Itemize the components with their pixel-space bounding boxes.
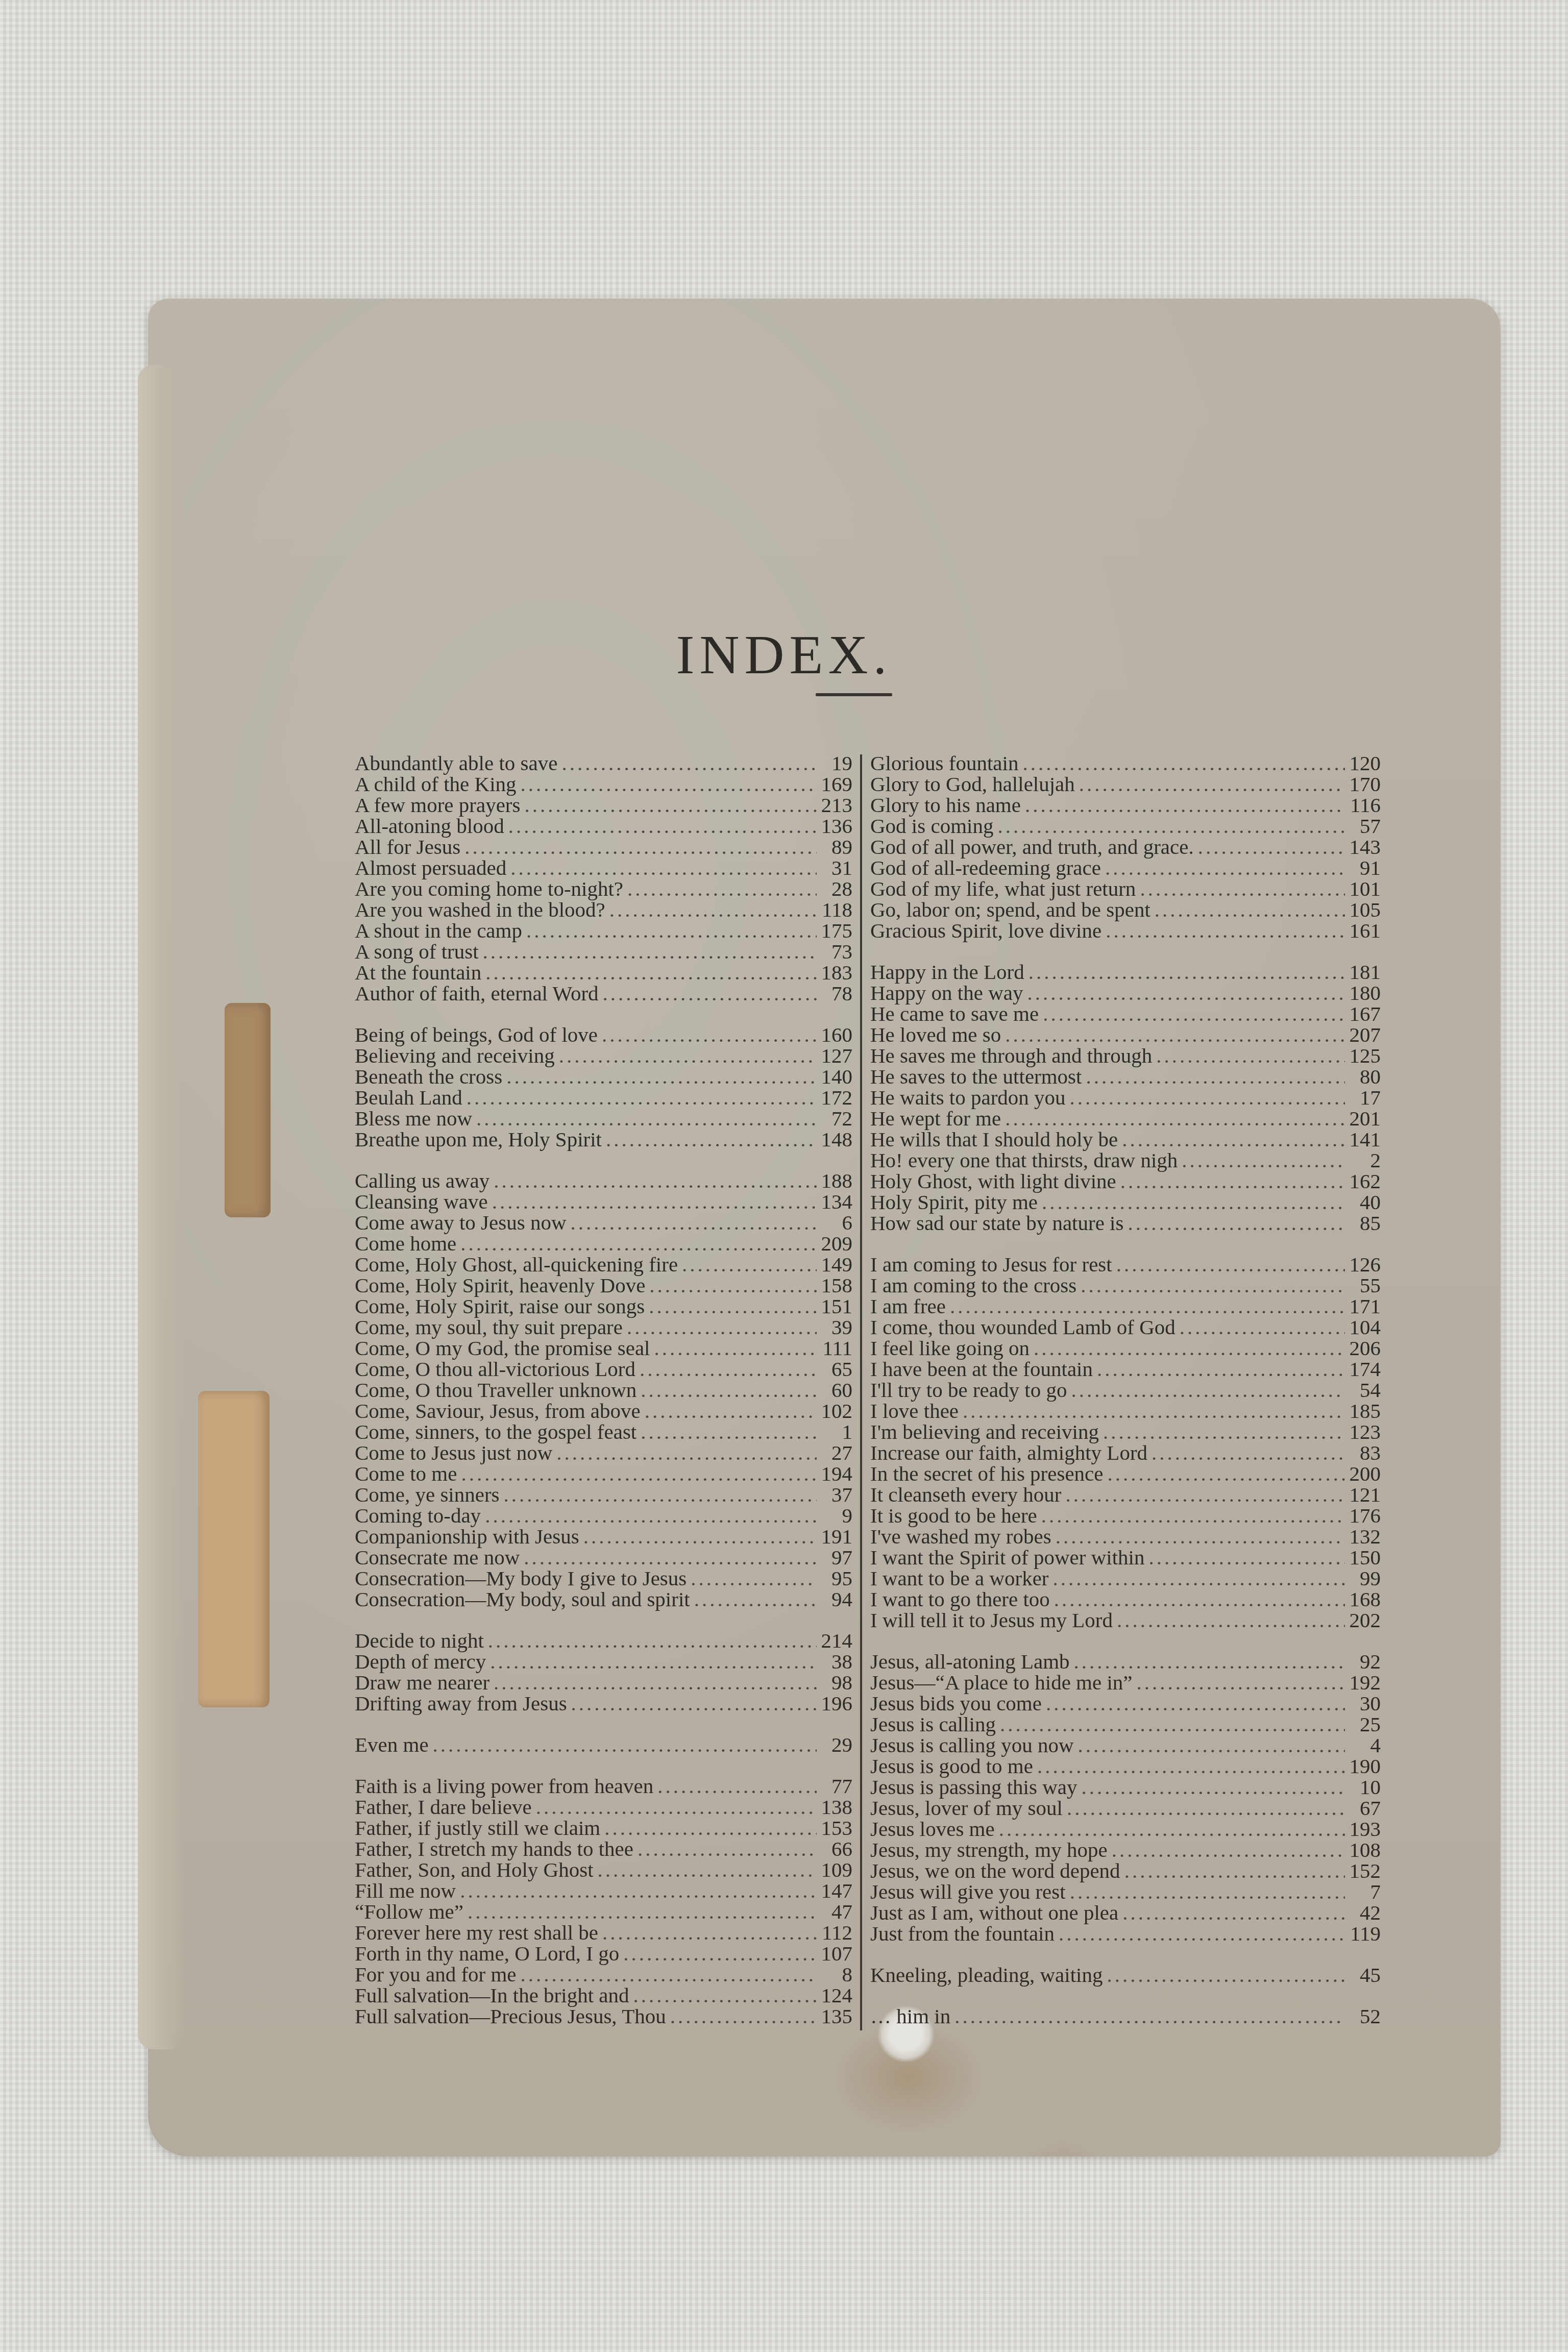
leader-dots: [461, 1463, 817, 1484]
index-entry[interactable]: Come to Jesus just now 27: [355, 1442, 852, 1463]
index-entry[interactable]: All for Jesus 89: [355, 837, 852, 857]
hymn-title: Come away to Jesus now: [355, 1212, 567, 1233]
hymn-title: Just from the fountain: [870, 1923, 1055, 1944]
page-number: 45: [1349, 1965, 1381, 1986]
page-number: 83: [1349, 1442, 1381, 1463]
page-number: 31: [821, 857, 852, 878]
page-number: 77: [821, 1776, 852, 1797]
page-number: 73: [821, 941, 852, 962]
hymn-title: All for Jesus: [355, 837, 460, 857]
leader-dots: [476, 1108, 817, 1129]
page-number: 91: [1349, 857, 1381, 878]
hymn-title: In the secret of his presence: [870, 1463, 1104, 1484]
page-number: 132: [1349, 1526, 1381, 1547]
index-entry[interactable]: Just as I am, without one plea 42: [870, 1902, 1381, 1923]
index-entry[interactable]: I am coming to Jesus for rest 126: [870, 1254, 1381, 1275]
index-entry[interactable]: Breathe upon me, Holy Spirit 148: [355, 1129, 852, 1150]
index-entry[interactable]: Glory to his name 116: [870, 795, 1381, 816]
index-entry[interactable]: Jesus will give you rest 7: [870, 1881, 1381, 1902]
index-entry[interactable]: Even me 29: [355, 1734, 852, 1755]
hymn-title: I want to go there too: [870, 1589, 1050, 1610]
page-number: 201: [1349, 1108, 1381, 1129]
page-number: 185: [1349, 1401, 1381, 1422]
index-group-d: Decide to night 214 Depth of mercy 38 Dr…: [355, 1630, 852, 1714]
hymn-title: Depth of mercy: [355, 1651, 486, 1672]
hymn-title: Ho! every one that thirsts, draw nigh: [870, 1150, 1178, 1171]
leader-dots: [638, 1839, 817, 1859]
hymn-title: A shout in the camp: [355, 920, 522, 941]
index-entry[interactable]: Come away to Jesus now 6: [355, 1212, 852, 1233]
hymn-title: Faith is a living power from heaven: [355, 1776, 653, 1797]
leader-dots: [1124, 1860, 1345, 1881]
hymn-title: Jesus loves me: [870, 1819, 995, 1840]
index-entry[interactable]: Jesus, all-atoning Lamb 92: [870, 1651, 1381, 1672]
hymn-title: Decide to night: [355, 1630, 484, 1651]
leader-dots: [1059, 1923, 1345, 1944]
torn-binding-fragment: [198, 1391, 269, 1707]
index-entry[interactable]: A child of the King 169: [355, 774, 852, 795]
page-number: 80: [1349, 1066, 1381, 1087]
leader-dots: [1182, 1150, 1345, 1171]
hymn-title: I want the Spirit of power within: [870, 1547, 1144, 1568]
leader-dots: [561, 753, 817, 774]
index-entry[interactable]: Come, my soul, thy suit prepare 39: [355, 1317, 852, 1338]
index-entry[interactable]: Drifting away from Jesus 196: [355, 1693, 852, 1714]
index-entry[interactable]: A song of trust 73: [355, 941, 852, 962]
index-entry[interactable]: Father, I dare believe 138: [355, 1797, 852, 1818]
index-entry[interactable]: Bless me now 72: [355, 1108, 852, 1129]
hymn-title: Are you coming home to-night?: [355, 878, 623, 899]
index-group-h: Happy in the Lord 181 Happy on the way 1…: [870, 962, 1381, 1234]
index-entry[interactable]: Beulah Land 172: [355, 1087, 852, 1108]
index-entry[interactable]: He loved me so 207: [870, 1024, 1381, 1045]
index-group-e: Even me 29: [355, 1734, 852, 1755]
hymn-title: All-atoning blood: [355, 816, 504, 837]
leader-dots: [1025, 795, 1345, 816]
hymn-title: It is good to be here: [870, 1505, 1037, 1526]
hymn-title: I am coming to the cross: [870, 1275, 1076, 1296]
leader-dots: [488, 1630, 817, 1651]
hymn-title: Drifting away from Jesus: [355, 1693, 567, 1714]
index-entry[interactable]: Jesus is calling 25: [870, 1714, 1381, 1735]
index-entry[interactable]: Come to me 194: [355, 1463, 852, 1484]
index-entry[interactable]: God of all-redeeming grace 91: [870, 857, 1381, 878]
leader-dots: [1107, 1965, 1345, 1986]
hymn-title: Bless me now: [355, 1108, 472, 1129]
index-entry[interactable]: Happy in the Lord 181: [870, 962, 1381, 983]
page-number: 214: [821, 1630, 852, 1651]
index-entry[interactable]: I am free 171: [870, 1296, 1381, 1317]
leader-dots: [645, 1401, 817, 1422]
index-entry[interactable]: Full salvation—Precious Jesus, Thou 135: [355, 2006, 852, 2027]
index-entry[interactable]: Come, Holy Spirit, heavenly Dove 158: [355, 1275, 852, 1296]
index-entry[interactable]: Jesus is good to me 190: [870, 1756, 1381, 1777]
hymn-title: Gracious Spirit, love divine: [870, 920, 1101, 941]
page-number: 207: [1349, 1024, 1381, 1045]
page-number: 7: [1349, 1881, 1381, 1902]
index-entry[interactable]: He wills that I should holy be 141: [870, 1129, 1381, 1150]
leader-dots: [1005, 1024, 1345, 1045]
page-number: 196: [821, 1693, 852, 1714]
hymn-title: Jesus—“A place to hide me in”: [870, 1672, 1133, 1693]
leader-dots: [954, 2006, 1345, 2027]
leader-dots: [1198, 837, 1345, 857]
page-number: 140: [821, 1066, 852, 1087]
index-entry[interactable]: I am coming to the cross 55: [870, 1275, 1381, 1296]
page-number: 105: [1349, 899, 1381, 920]
leader-dots: [603, 983, 817, 1004]
index-entry[interactable]: Jesus loves me 193: [870, 1819, 1381, 1840]
hymn-title: I come, thou wounded Lamb of God: [870, 1317, 1175, 1338]
page-number: 92: [1349, 1651, 1381, 1672]
index-entry[interactable]: “Follow me” 47: [355, 1901, 852, 1922]
index-entry[interactable]: Decide to night 214: [355, 1630, 852, 1651]
index-entry[interactable]: I'm believing and receiving 123: [870, 1422, 1381, 1442]
hymn-title: Full salvation—In the bright and: [355, 1985, 629, 2006]
leader-dots: [1122, 1129, 1345, 1150]
leader-dots: [1046, 1693, 1345, 1714]
leader-dots: [1140, 878, 1345, 899]
index-entry[interactable]: I want to go there too 168: [870, 1589, 1381, 1610]
page-number: 193: [1349, 1819, 1381, 1840]
leader-dots: [1042, 1192, 1345, 1213]
page-number: 109: [821, 1859, 852, 1880]
leader-dots: [649, 1296, 817, 1317]
title-rule: [816, 693, 892, 696]
index-entry[interactable]: Come, O thou all-victorious Lord 65: [355, 1359, 852, 1380]
page-number: 1: [821, 1422, 852, 1442]
hymn-title: Abundantly able to save: [355, 753, 557, 774]
hymn-title: Are you washed in the blood?: [355, 899, 605, 920]
index-column-right: Glorious fountain 120 Glory to God, hall…: [870, 753, 1381, 2047]
page-number: 127: [821, 1045, 852, 1066]
index-entry[interactable]: Author of faith, eternal Word 78: [355, 983, 852, 1004]
index-entry[interactable]: Believing and receiving 127: [355, 1045, 852, 1066]
page-number: 72: [821, 1108, 852, 1129]
leader-dots: [556, 1442, 817, 1463]
index-entry[interactable]: Just from the fountain 119: [870, 1923, 1381, 1944]
hymn-title: Consecration—My body I give to Jesus: [355, 1568, 687, 1589]
index-entry[interactable]: Jesus, my strength, my hope 108: [870, 1840, 1381, 1860]
hymn-title: I am free: [870, 1296, 946, 1317]
hymn-title: He loved me so: [870, 1024, 1001, 1045]
index-entry[interactable]: Consecrate me now 97: [355, 1547, 852, 1568]
leader-dots: [460, 1233, 817, 1254]
page-number: 47: [821, 1901, 852, 1922]
page-number: 151: [821, 1296, 852, 1317]
index-entry[interactable]: Increase our faith, almighty Lord 83: [870, 1442, 1381, 1463]
page-number: 172: [821, 1087, 852, 1108]
leader-dots: [963, 1401, 1345, 1422]
leader-dots: [510, 857, 817, 878]
index-entry[interactable]: Consecration—My body I give to Jesus 95: [355, 1568, 852, 1589]
leader-dots: [641, 1422, 817, 1442]
index-entry[interactable]: Beneath the cross 140: [355, 1066, 852, 1087]
page-number: 124: [821, 1985, 852, 2006]
page-number: 38: [821, 1651, 852, 1672]
index-entry[interactable]: A few more prayers 213: [355, 795, 852, 816]
leader-dots: [682, 1254, 817, 1275]
page-number: 135: [821, 2006, 852, 2027]
page-number: 78: [821, 983, 852, 1004]
index-entry[interactable]: Almost persuaded 31: [355, 857, 852, 878]
leader-dots: [604, 1818, 817, 1839]
leader-dots: [1078, 1735, 1345, 1756]
leader-dots: [1027, 983, 1345, 1003]
index-group-l: … him in 52: [870, 2006, 1381, 2027]
page-number: 98: [821, 1672, 852, 1693]
leader-dots: [485, 1505, 817, 1526]
hymn-title: Go, labor on; spend, and be spent: [870, 899, 1150, 920]
index-entry[interactable]: Father, Son, and Holy Ghost 109: [355, 1859, 852, 1880]
leader-dots: [492, 1191, 817, 1212]
index-entry[interactable]: Jesus is passing this way 10: [870, 1777, 1381, 1798]
index-entry[interactable]: For you and for me 8: [355, 1964, 852, 1985]
hymn-title: Even me: [355, 1734, 429, 1755]
index-entry[interactable]: I will tell it to Jesus my Lord 202: [870, 1610, 1381, 1631]
hymn-title: At the fountain: [355, 962, 481, 983]
hymn-title: Happy in the Lord: [870, 962, 1024, 983]
index-entry[interactable]: At the fountain 183: [355, 962, 852, 983]
hymn-title: Jesus bids you come: [870, 1693, 1042, 1714]
page-number: 180: [1349, 983, 1381, 1003]
hymn-title: “Follow me”: [355, 1901, 463, 1922]
index-entry[interactable]: I've washed my robes 132: [870, 1526, 1381, 1547]
index-column-left: Abundantly able to save 19 A child of th…: [355, 753, 852, 2047]
index-entry[interactable]: It cleanseth every hour 121: [870, 1484, 1381, 1505]
index-entry[interactable]: How sad our state by nature is 85: [870, 1213, 1381, 1234]
index-entry[interactable]: Come home 209: [355, 1233, 852, 1254]
leader-dots: [468, 1901, 817, 1922]
leader-dots: [521, 1964, 817, 1985]
page-number: 10: [1349, 1777, 1381, 1798]
page-number: 57: [1349, 816, 1381, 837]
page-number: 120: [1349, 753, 1381, 774]
hymn-title: Consecrate me now: [355, 1547, 520, 1568]
index-entry[interactable]: Father, I stretch my hands to thee 66: [355, 1839, 852, 1859]
index-entry[interactable]: Are you washed in the blood? 118: [355, 899, 852, 920]
page-number: 147: [821, 1880, 852, 1901]
hymn-title: I have been at the fountain: [870, 1359, 1093, 1380]
index-entry[interactable]: Are you coming home to-night? 28: [355, 878, 852, 899]
page-number: 104: [1349, 1317, 1381, 1338]
index-entry[interactable]: Forth in thy name, O Lord, I go 107: [355, 1943, 852, 1964]
leader-dots: [1022, 753, 1345, 774]
page-number: 55: [1349, 1275, 1381, 1296]
index-entry[interactable]: Come, Saviour, Jesus, from above 102: [355, 1401, 852, 1422]
index-entry[interactable]: Come, O thou Traveller unknown 60: [355, 1380, 852, 1401]
index-entry[interactable]: A shout in the camp 175: [355, 920, 852, 941]
leader-dots: [1054, 1589, 1345, 1610]
page-number: 213: [821, 795, 852, 816]
page-number: 66: [821, 1839, 852, 1859]
page-number: 149: [821, 1254, 852, 1275]
index-entry[interactable]: Come, ye sinners 37: [355, 1484, 852, 1505]
page-number: 65: [821, 1359, 852, 1380]
page-number: 89: [821, 837, 852, 857]
index-entry[interactable]: Faith is a living power from heaven 77: [355, 1776, 852, 1797]
index-entry[interactable]: Jesus—“A place to hide me in” 192: [870, 1672, 1381, 1693]
hymn-title: Jesus, all-atoning Lamb: [870, 1651, 1070, 1672]
index-entry[interactable]: I have been at the fountain 174: [870, 1359, 1381, 1380]
hymn-title: Come, sinners, to the gospel feast: [355, 1422, 636, 1442]
index-entry[interactable]: Fill me now 147: [355, 1880, 852, 1901]
index-entry[interactable]: Jesus, lover of my soul 67: [870, 1798, 1381, 1819]
index-entry[interactable]: He came to save me 167: [870, 1003, 1381, 1024]
index-group-c: Calling us away 188 Cleansing wave 134 C…: [355, 1170, 852, 1610]
leader-dots: [1097, 1359, 1345, 1380]
hymn-title: Forth in thy name, O Lord, I go: [355, 1943, 619, 1964]
hymn-title: I will tell it to Jesus my Lord: [870, 1610, 1113, 1631]
leader-dots: [1074, 1651, 1345, 1672]
page-number: 101: [1349, 878, 1381, 899]
index-entry[interactable]: All-atoning blood 136: [355, 816, 852, 837]
hymn-title: Come, ye sinners: [355, 1484, 500, 1505]
index-group-f: Faith is a living power from heaven 77 F…: [355, 1776, 852, 2027]
index-entry[interactable]: Jesus bids you come 30: [870, 1693, 1381, 1714]
index-entry[interactable]: Coming to-day 9: [355, 1505, 852, 1526]
hymn-title: God of my life, what just return: [870, 878, 1136, 899]
index-entry[interactable]: Ho! every one that thirsts, draw nigh 2: [870, 1150, 1381, 1171]
leader-dots: [640, 1359, 817, 1380]
leader-dots: [997, 816, 1345, 837]
leader-dots: [602, 1024, 817, 1045]
index-entry[interactable]: Come, Holy Spirit, raise our songs 151: [355, 1296, 852, 1317]
hymn-title: Jesus is calling you now: [870, 1735, 1074, 1756]
index-entry[interactable]: Holy Spirit, pity me 40: [870, 1192, 1381, 1213]
index-entry[interactable]: Father, if justly still we claim 153: [355, 1818, 852, 1839]
page-number: 39: [821, 1317, 852, 1338]
page-number: 94: [821, 1589, 852, 1610]
page-number: 28: [821, 878, 852, 899]
index-entry[interactable]: Come, sinners, to the gospel feast 1: [355, 1422, 852, 1442]
hymn-title: Almost persuaded: [355, 857, 506, 878]
hymn-title: God of all power, and truth, and grace.: [870, 837, 1194, 857]
leader-dots: [627, 1317, 817, 1338]
index-entry[interactable]: Glory to God, hallelujah 170: [870, 774, 1381, 795]
index-entry[interactable]: Holy Ghost, with light divine 162: [870, 1171, 1381, 1192]
page-number: 116: [1349, 795, 1381, 816]
hymn-title: Come, Holy Ghost, all-quickening fire: [355, 1254, 678, 1275]
page-number: 60: [821, 1380, 852, 1401]
index-entry[interactable]: Go, labor on; spend, and be spent 105: [870, 899, 1381, 920]
page-number: 136: [821, 816, 852, 837]
leader-dots: [1067, 1798, 1345, 1819]
leader-dots: [494, 1170, 817, 1191]
index-entry[interactable]: Come, Holy Ghost, all-quickening fire 14…: [355, 1254, 852, 1275]
index-group-a: Abundantly able to save 19 A child of th…: [355, 753, 852, 1004]
hymn-title: Calling us away: [355, 1170, 489, 1191]
leader-dots: [1148, 1547, 1345, 1568]
leader-dots: [1056, 1526, 1345, 1547]
hymn-title: Forever here my rest shall be: [355, 1922, 598, 1943]
hymn-title: Glorious fountain: [870, 753, 1018, 774]
index-entry[interactable]: Happy on the way 180: [870, 983, 1381, 1003]
leader-dots: [657, 1776, 817, 1797]
hymn-title: He saves me through and through: [870, 1045, 1152, 1066]
leader-dots: [536, 1797, 817, 1818]
index-entry[interactable]: He wept for me 201: [870, 1108, 1381, 1129]
index-entry[interactable]: Consecration—My body, soul and spirit 94: [355, 1589, 852, 1610]
page-number: 168: [1349, 1589, 1381, 1610]
index-entry[interactable]: I come, thou wounded Lamb of God 104: [870, 1317, 1381, 1338]
hymn-title: Kneeling, pleading, waiting: [870, 1965, 1102, 1986]
index-entry[interactable]: God of all power, and truth, and grace. …: [870, 837, 1381, 857]
index-entry[interactable]: Abundantly able to save 19: [355, 753, 852, 774]
index-entry[interactable]: Cleansing wave 134: [355, 1191, 852, 1212]
index-entry[interactable]: Draw me nearer 98: [355, 1672, 852, 1693]
index-entry[interactable]: Forever here my rest shall be 112: [355, 1922, 852, 1943]
page-number: 95: [821, 1568, 852, 1589]
index-entry[interactable]: He saves to the uttermost 80: [870, 1066, 1381, 1087]
leader-dots: [506, 1066, 817, 1087]
leader-dots: [571, 1693, 817, 1714]
hymn-title: Come, Holy Spirit, heavenly Dove: [355, 1275, 645, 1296]
hymn-title: He saves to the uttermost: [870, 1066, 1082, 1087]
leader-dots: [623, 1943, 817, 1964]
leader-dots: [508, 816, 817, 837]
leader-dots: [583, 1526, 817, 1547]
page-number: 9: [821, 1505, 852, 1526]
page-number: 171: [1349, 1296, 1381, 1317]
page-number: 191: [821, 1526, 852, 1547]
page-number: 192: [1349, 1672, 1381, 1693]
index-entry[interactable]: I love thee 185: [870, 1401, 1381, 1422]
index-entry[interactable]: I want the Spirit of power within 150: [870, 1547, 1381, 1568]
leader-dots: [606, 1129, 817, 1150]
index-entry[interactable]: … him in 52: [870, 2006, 1381, 2027]
index-entry[interactable]: Glorious fountain 120: [870, 753, 1381, 774]
page-number: 4: [1349, 1735, 1381, 1756]
index-entry[interactable]: Gracious Spirit, love divine 161: [870, 920, 1381, 941]
hymn-title: I've washed my robes: [870, 1526, 1051, 1547]
index-entry[interactable]: It is good to be here 176: [870, 1505, 1381, 1526]
hymn-title: A child of the King: [355, 774, 517, 795]
index-entry[interactable]: I'll try to be ready to go 54: [870, 1380, 1381, 1401]
hymn-title: Jesus is passing this way: [870, 1777, 1077, 1798]
index-entry[interactable]: Kneeling, pleading, waiting 45: [870, 1965, 1381, 1986]
page-number: 121: [1349, 1484, 1381, 1505]
leader-dots: [1066, 1484, 1345, 1505]
index-entry[interactable]: He waits to pardon you 17: [870, 1087, 1381, 1108]
index-entry[interactable]: In the secret of his presence 200: [870, 1463, 1381, 1484]
page-number: 202: [1349, 1610, 1381, 1631]
hymn-title: I want to be a worker: [870, 1568, 1049, 1589]
index-entry[interactable]: Being of beings, God of love 160: [355, 1024, 852, 1045]
index-entry[interactable]: Come, O my God, the promise seal 111: [355, 1338, 852, 1359]
index-entry[interactable]: God is coming 57: [870, 816, 1381, 837]
index-entry[interactable]: Full salvation—In the bright and 124: [355, 1985, 852, 2006]
leader-dots: [670, 2006, 817, 2027]
hymn-title: Come, O my God, the promise seal: [355, 1338, 650, 1359]
index-entry[interactable]: Calling us away 188: [355, 1170, 852, 1191]
index-entry[interactable]: Jesus, we on the word depend 152: [870, 1860, 1381, 1881]
index-entry[interactable]: I want to be a worker 99: [870, 1568, 1381, 1589]
hymn-title: Beneath the cross: [355, 1066, 502, 1087]
index-entry[interactable]: He saves me through and through 125: [870, 1045, 1381, 1066]
index-entry[interactable]: God of my life, what just return 101: [870, 878, 1381, 899]
index-entry[interactable]: Companionship with Jesus 191: [355, 1526, 852, 1547]
index-group-g: Glorious fountain 120 Glory to God, hall…: [870, 753, 1381, 941]
index-entry[interactable]: Depth of mercy 38: [355, 1651, 852, 1672]
leader-dots: [1180, 1317, 1345, 1338]
leader-dots: [649, 1275, 817, 1296]
index-entry[interactable]: Jesus is calling you now 4: [870, 1735, 1381, 1756]
hymn-title: Increase our faith, almighty Lord: [870, 1442, 1147, 1463]
page-number: 209: [821, 1233, 852, 1254]
index-entry[interactable]: I feel like going on 206: [870, 1338, 1381, 1359]
leader-dots: [494, 1672, 817, 1693]
